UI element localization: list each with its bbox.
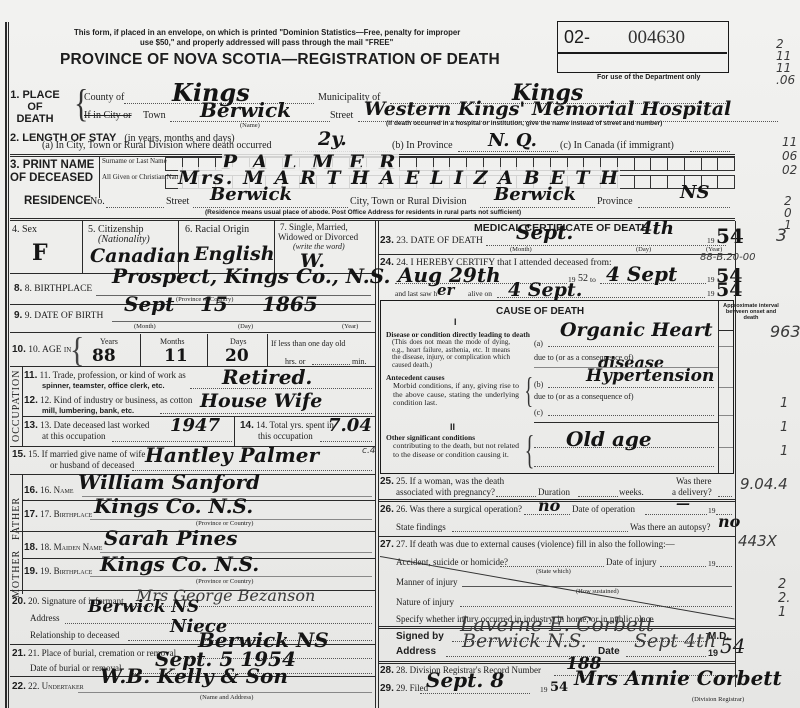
registrar-name[interactable]: Mrs Annie Corbett xyxy=(574,666,782,690)
industry-label: 12. 12. Kind of industry or business, as… xyxy=(24,395,192,406)
stay-province-line xyxy=(458,151,558,152)
pregnancy-label-2: associated with pregnancy? xyxy=(396,487,495,497)
manner-label: Manner of injury xyxy=(396,577,457,587)
residence-caption: (Residence means usual place of abode. P… xyxy=(205,209,521,216)
department-box: 02- 004630 xyxy=(557,21,729,73)
department-note: For use of the Department only xyxy=(597,74,700,81)
margin-code-top: 2 11 11 .06 xyxy=(776,38,795,86)
days-value[interactable]: 20 xyxy=(225,346,249,366)
cause-c-line xyxy=(548,415,714,416)
margin-code-date: 3 xyxy=(776,226,787,246)
dob-year-caption: (Year) xyxy=(342,323,358,330)
death-registration-form: This form, if placed in an envelope, on … xyxy=(0,0,800,708)
cause-a-value[interactable]: Organic Heart xyxy=(560,319,713,341)
mother-maiden-label: 18. 18. Maiden Name xyxy=(24,542,102,553)
brace: { xyxy=(70,331,84,370)
external-causes-label: 27. 27. If death was due to external cau… xyxy=(380,539,675,550)
spouse-label-2: or husband of deceased xyxy=(50,460,134,470)
pregnancy-line xyxy=(496,496,536,497)
last-saw-label: and last saw h xyxy=(395,289,437,298)
death-month-value[interactable]: Sept. xyxy=(516,220,573,244)
town-value[interactable]: Berwick xyxy=(200,98,291,122)
signature-address-label: Address xyxy=(396,646,436,657)
sex-value[interactable]: F xyxy=(32,240,48,266)
date-of-death-label: 23. 23. DATE OF DEATH xyxy=(380,235,483,246)
dob-line xyxy=(112,321,371,322)
death-year-value[interactable]: 54 xyxy=(716,224,744,248)
dob-year-value[interactable]: 1865 xyxy=(262,292,318,316)
mail-notice-line1: This form, if placed in an envelope, on … xyxy=(74,28,460,37)
antecedent-note: Morbid conditions, if any, giving rise t… xyxy=(393,382,519,408)
to-label: to xyxy=(590,275,596,284)
last-worked-label: 13. 13. Date deceased last worked xyxy=(24,420,149,431)
divider xyxy=(10,332,375,333)
citizenship-sub: (Nationality) xyxy=(98,234,150,245)
age-label: 10. 10. AGE in xyxy=(12,344,71,355)
divider xyxy=(22,532,23,594)
minutes-line xyxy=(312,364,350,365)
injury-date-line xyxy=(660,566,706,567)
last-worked-line xyxy=(112,441,232,442)
min-label: min. xyxy=(352,357,366,366)
form-title: PROVINCE OF NOVA SCOTIA—REGISTRATION OF … xyxy=(60,51,500,69)
residence-province-value[interactable]: NS xyxy=(680,182,709,203)
injury-year-prefix: 19 xyxy=(708,559,716,568)
residence-label: RESIDENCE xyxy=(24,195,91,207)
alive-year-prefix: 19 xyxy=(707,289,715,298)
signed-by-label: Signed by xyxy=(396,631,444,642)
months-label: Months xyxy=(160,337,184,346)
divider xyxy=(22,367,23,447)
undertaker-caption: (Name and Address) xyxy=(200,694,253,701)
signature-date-value[interactable]: Sept 4th xyxy=(634,630,716,652)
registrar-caption: (Division Registrar) xyxy=(692,696,744,703)
weeks-label: weeks. xyxy=(619,487,644,497)
left-border-inner xyxy=(8,22,9,708)
signature-date-line xyxy=(626,656,706,657)
divider xyxy=(10,366,375,367)
filed-year-prefix: 19 xyxy=(540,685,548,694)
manner-line xyxy=(462,586,732,587)
cause-b-line xyxy=(548,387,714,388)
autopsy-value[interactable]: no xyxy=(718,512,740,531)
death-year-prefix: 19 xyxy=(707,236,715,245)
operation-date-label: Date of operation xyxy=(572,504,635,514)
cause-of-death-title: CAUSE OF DEATH xyxy=(496,306,584,317)
divider xyxy=(267,334,268,366)
margin-code-bottom: 2 2. 1 xyxy=(778,578,790,620)
mother-birthplace-line xyxy=(90,576,372,577)
divider xyxy=(140,334,141,366)
part-one-numeral: I xyxy=(454,317,457,327)
death-month-caption: (Month) xyxy=(510,246,532,253)
county-label: County of xyxy=(84,92,124,103)
divider xyxy=(719,415,733,416)
cause-a-label: (a) xyxy=(534,339,543,348)
divider xyxy=(10,218,735,221)
spouse-value[interactable]: Hantley Palmer xyxy=(145,443,319,467)
residence-city-value[interactable]: Berwick xyxy=(494,184,576,205)
occupation-pencil-code: c.4 xyxy=(362,446,376,456)
dob-label: 9. 9. DATE OF BIRTH xyxy=(14,310,103,321)
findings-line xyxy=(452,531,628,532)
nature-line xyxy=(460,606,732,607)
mother-birthplace-label: 19. 19. Birthplace xyxy=(24,566,92,577)
divider xyxy=(207,334,208,366)
margin-code-cause: 963 xyxy=(770,322,800,341)
divider xyxy=(10,304,375,305)
signature-year-prefix: 19 xyxy=(708,648,718,658)
cause-a-line xyxy=(548,346,714,347)
residence-no-label: No. xyxy=(90,196,105,207)
findings-label: State findings xyxy=(396,522,446,532)
days-label: Days xyxy=(230,337,246,346)
residence-province-line xyxy=(638,207,730,208)
divider xyxy=(378,661,735,664)
mother-birthplace-value[interactable]: Kings Co. N.S. xyxy=(100,552,259,576)
filed-year-value[interactable]: 54 xyxy=(550,680,568,695)
divider xyxy=(22,475,23,532)
street-value[interactable]: Western Kings' Memorial Hospital xyxy=(364,98,731,120)
given-names-label: All Given or Christian Names xyxy=(102,174,164,182)
place-of-death-label: 1. PLACE OF DEATH xyxy=(10,89,60,125)
father-name-label: 16. 16. Name xyxy=(24,485,74,496)
occupation-side-label: OCCUPATION xyxy=(11,372,22,442)
part-two-numeral: II xyxy=(450,422,455,432)
total-years-label-2: this occupation xyxy=(258,431,313,441)
mother-maiden-value[interactable]: Sarah Pines xyxy=(104,526,238,550)
alive-on-label: alive on xyxy=(468,289,492,298)
months-value[interactable]: 11 xyxy=(164,346,188,366)
stay-province-value[interactable]: N. Q. xyxy=(488,130,537,151)
death-day-value[interactable]: 4th xyxy=(640,218,674,239)
box-divider xyxy=(558,52,727,54)
father-name-value[interactable]: William Sanford xyxy=(78,470,260,494)
accident-line xyxy=(500,566,604,567)
residence-city-label: City, Town or Rural Division xyxy=(350,196,467,207)
divider xyxy=(719,387,733,388)
trade-value[interactable]: Retired. xyxy=(222,365,312,389)
last-worked-value[interactable]: 1947 xyxy=(170,415,220,436)
direct-cause-note: (This does not mean the mode of dying, e… xyxy=(392,339,510,369)
divider xyxy=(82,221,83,273)
to-year-prefix: 19 xyxy=(707,275,715,284)
signature-address-value[interactable]: Berwick N.S. xyxy=(462,630,587,652)
injury-year-line xyxy=(716,566,732,567)
state-which-caption: (State which) xyxy=(536,568,571,575)
cause-c-label: (c) xyxy=(534,408,543,417)
cause-b-value[interactable]: Hypertension xyxy=(586,366,714,386)
residence-province-label: Province xyxy=(597,196,633,207)
print-name-label: 3. PRINT NAME OF DECEASED xyxy=(10,159,94,185)
signature-year-value[interactable]: 54 xyxy=(720,634,745,658)
mother-birthplace-caption: (Province or Country) xyxy=(196,578,253,585)
stay-canada-line xyxy=(690,151,730,152)
sex-label: 4. Sex xyxy=(12,224,37,235)
dob-day-caption: (Day) xyxy=(238,323,253,330)
industry-line xyxy=(160,413,372,414)
margin-code-external: 443X xyxy=(738,532,777,550)
informant-address-label: Address xyxy=(30,613,60,623)
filed-value[interactable]: Sept. 8 xyxy=(426,668,504,692)
divider xyxy=(719,346,733,347)
industry-value[interactable]: House Wife xyxy=(200,390,322,412)
less-than-day-label: If less than one day old xyxy=(271,339,345,348)
divider xyxy=(378,536,735,537)
operation-year-prefix: 19 xyxy=(708,506,716,515)
right-border xyxy=(735,221,736,687)
margin-code-pregnancy: 9.04.4 xyxy=(740,475,788,493)
divider xyxy=(99,156,100,198)
column-divider xyxy=(378,221,379,708)
street-caption: (If death occurred in a hospital or inst… xyxy=(386,120,662,127)
divider xyxy=(534,422,718,423)
name-caption: (Name) xyxy=(240,122,260,129)
marital-label-1: 7. Single, Married, xyxy=(280,222,348,232)
mother-side-label: MOTHER xyxy=(11,536,22,598)
attended-to-value[interactable]: 4 Sept xyxy=(606,262,677,286)
years-label: Years xyxy=(100,337,118,346)
undertaker-label: 22. 22. Undertaker xyxy=(12,681,84,692)
autopsy-label: Was there an autopsy? xyxy=(630,522,711,532)
brace: { xyxy=(524,369,533,411)
birthplace-label: 8. 8. BIRTHPLACE xyxy=(14,283,92,294)
delivery-line xyxy=(718,496,732,497)
duration-line xyxy=(578,496,618,497)
stay-province-label: (b) In Province xyxy=(392,140,453,151)
racial-origin-label: 6. Racial Origin xyxy=(185,224,249,235)
alive-on-value[interactable]: 4 Sept. xyxy=(508,279,582,301)
due-to-label-2: due to (or as a consequence of) xyxy=(534,392,634,401)
other-conditions-line-2 xyxy=(534,466,714,467)
informant-address-value[interactable]: Berwick NS xyxy=(88,597,199,617)
death-day-caption: (Day) xyxy=(636,246,651,253)
interval-header: Approximate interval between onset and d… xyxy=(721,303,781,321)
stay-city-value[interactable]: 2y. xyxy=(318,128,347,150)
total-years-label: 14. 14. Total yrs. spent in xyxy=(240,420,334,431)
margin-code-ticks: 1 1 1 xyxy=(780,392,788,464)
operation-date-value[interactable]: — xyxy=(676,496,690,512)
father-birthplace-label: 17. 17. Birthplace xyxy=(24,509,92,520)
spouse-label: 15. 15. If married give name of wife xyxy=(12,449,145,460)
divider xyxy=(719,447,733,448)
residence-no-line xyxy=(106,207,164,208)
pregnancy-label: 25. 25. If a woman, was the death xyxy=(380,476,504,487)
divider xyxy=(378,254,735,255)
column-divider xyxy=(375,221,376,708)
town-label: Town xyxy=(143,110,166,121)
trade-label-2: spinner, teamster, office clerk, etc. xyxy=(42,381,165,390)
injury-date-label: Date of injury xyxy=(606,557,656,567)
father-birthplace-value[interactable]: Kings Co. N.S. xyxy=(94,494,253,518)
margin-code-stay: 11 06 02 xyxy=(782,135,797,177)
dob-month-value[interactable]: Sept xyxy=(124,292,174,316)
alive-year-value[interactable]: 54 xyxy=(716,279,742,301)
filed-line xyxy=(420,693,530,694)
burial-place-label: 21. 21. Place of burial, cremation or re… xyxy=(12,648,176,659)
dob-day-value[interactable]: 15 xyxy=(200,292,228,316)
registration-prefix: 02- xyxy=(564,27,590,48)
stay-canada-label: (c) In Canada (if immigrant) xyxy=(560,140,674,151)
years-value[interactable]: 88 xyxy=(92,346,116,366)
margin-code-certify: 88-B.20-00 xyxy=(700,252,755,263)
town-label-struck: If in City or xyxy=(84,110,132,121)
total-years-line xyxy=(320,441,372,442)
cause-b-label: (b) xyxy=(534,380,543,389)
total-years-value[interactable]: 7.04 xyxy=(328,415,372,436)
undertaker-value[interactable]: W.B. Kelly & Son xyxy=(100,664,288,688)
trade-label: 11. 11. Trade, profession, or kind of wo… xyxy=(24,370,186,381)
residence-city-line xyxy=(480,207,595,208)
operation-date-line xyxy=(645,514,707,515)
brace: { xyxy=(525,426,535,473)
nature-label: Nature of injury xyxy=(396,597,454,607)
last-saw-value[interactable]: er xyxy=(437,281,454,299)
divider xyxy=(234,416,235,446)
birthplace-value[interactable]: Prospect, Kings Co., N.S. xyxy=(112,264,390,288)
surname-label: Surname or Last Name xyxy=(102,158,162,166)
other-conditions-value[interactable]: Old age xyxy=(566,427,652,451)
delivery-label: Was there xyxy=(676,476,712,486)
street-label: Street xyxy=(330,110,353,121)
residence-street-line xyxy=(193,207,348,208)
mail-notice-line2: use $50," and properly addressed will pa… xyxy=(140,38,393,47)
last-worked-label-2: at this occupation xyxy=(42,431,105,441)
industry-label-2: mill, lumbering, bank, etc. xyxy=(42,406,134,415)
undertaker-line xyxy=(78,692,372,693)
other-conditions-note: contributing to the death, but not relat… xyxy=(393,442,519,459)
operation-value[interactable]: no xyxy=(538,496,560,515)
dob-month-caption: (Month) xyxy=(134,323,156,330)
registration-number: 004630 xyxy=(628,27,685,49)
divider xyxy=(719,330,733,331)
residence-street-label: Street xyxy=(166,196,189,207)
left-border xyxy=(5,22,7,708)
operation-label: 26. 26. Was there a surgical operation? xyxy=(380,504,522,515)
marital-label-2: Widowed or Divorced xyxy=(278,232,358,242)
relationship-label: Relationship to deceased xyxy=(30,630,119,640)
racial-origin-value[interactable]: English xyxy=(194,243,275,265)
residence-street-value[interactable]: Berwick xyxy=(210,184,292,205)
